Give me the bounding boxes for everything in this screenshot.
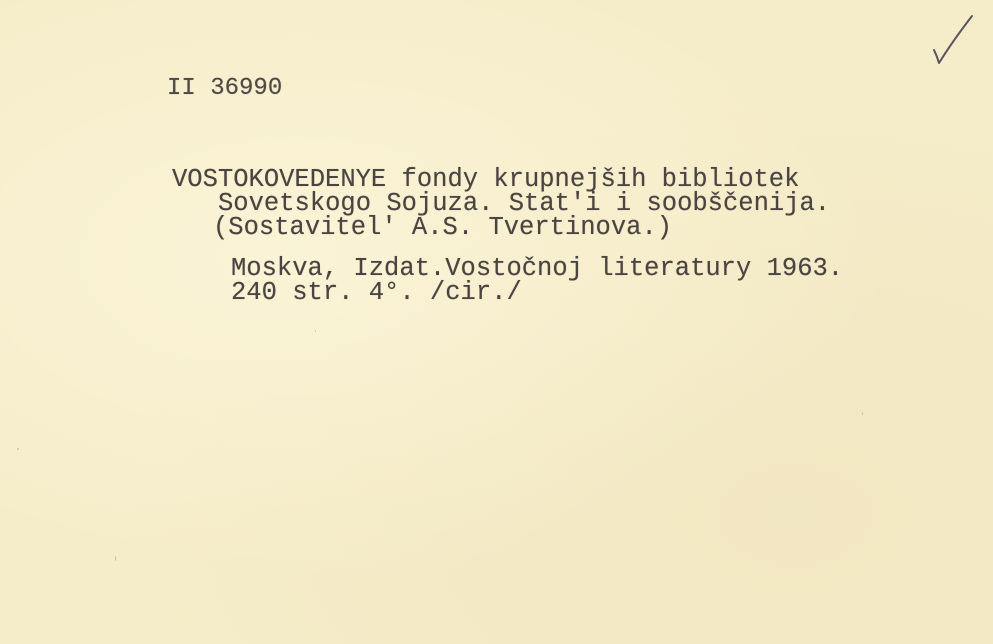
paper-speck (17, 448, 19, 450)
paper-speck (862, 412, 863, 415)
title-line-3: (Sostavitel' A.S. Tvertinova.) (213, 215, 672, 241)
call-number: II 36990 (167, 76, 282, 102)
paper-speck (315, 330, 316, 332)
checkmark-icon (928, 12, 976, 68)
imprint-line-2: 240 str. 4°. /cir./ (231, 280, 522, 306)
paper-speck (115, 556, 116, 561)
catalog-card: II 36990 VOSTOKOVEDENYE fondy krupnejših… (0, 0, 993, 644)
